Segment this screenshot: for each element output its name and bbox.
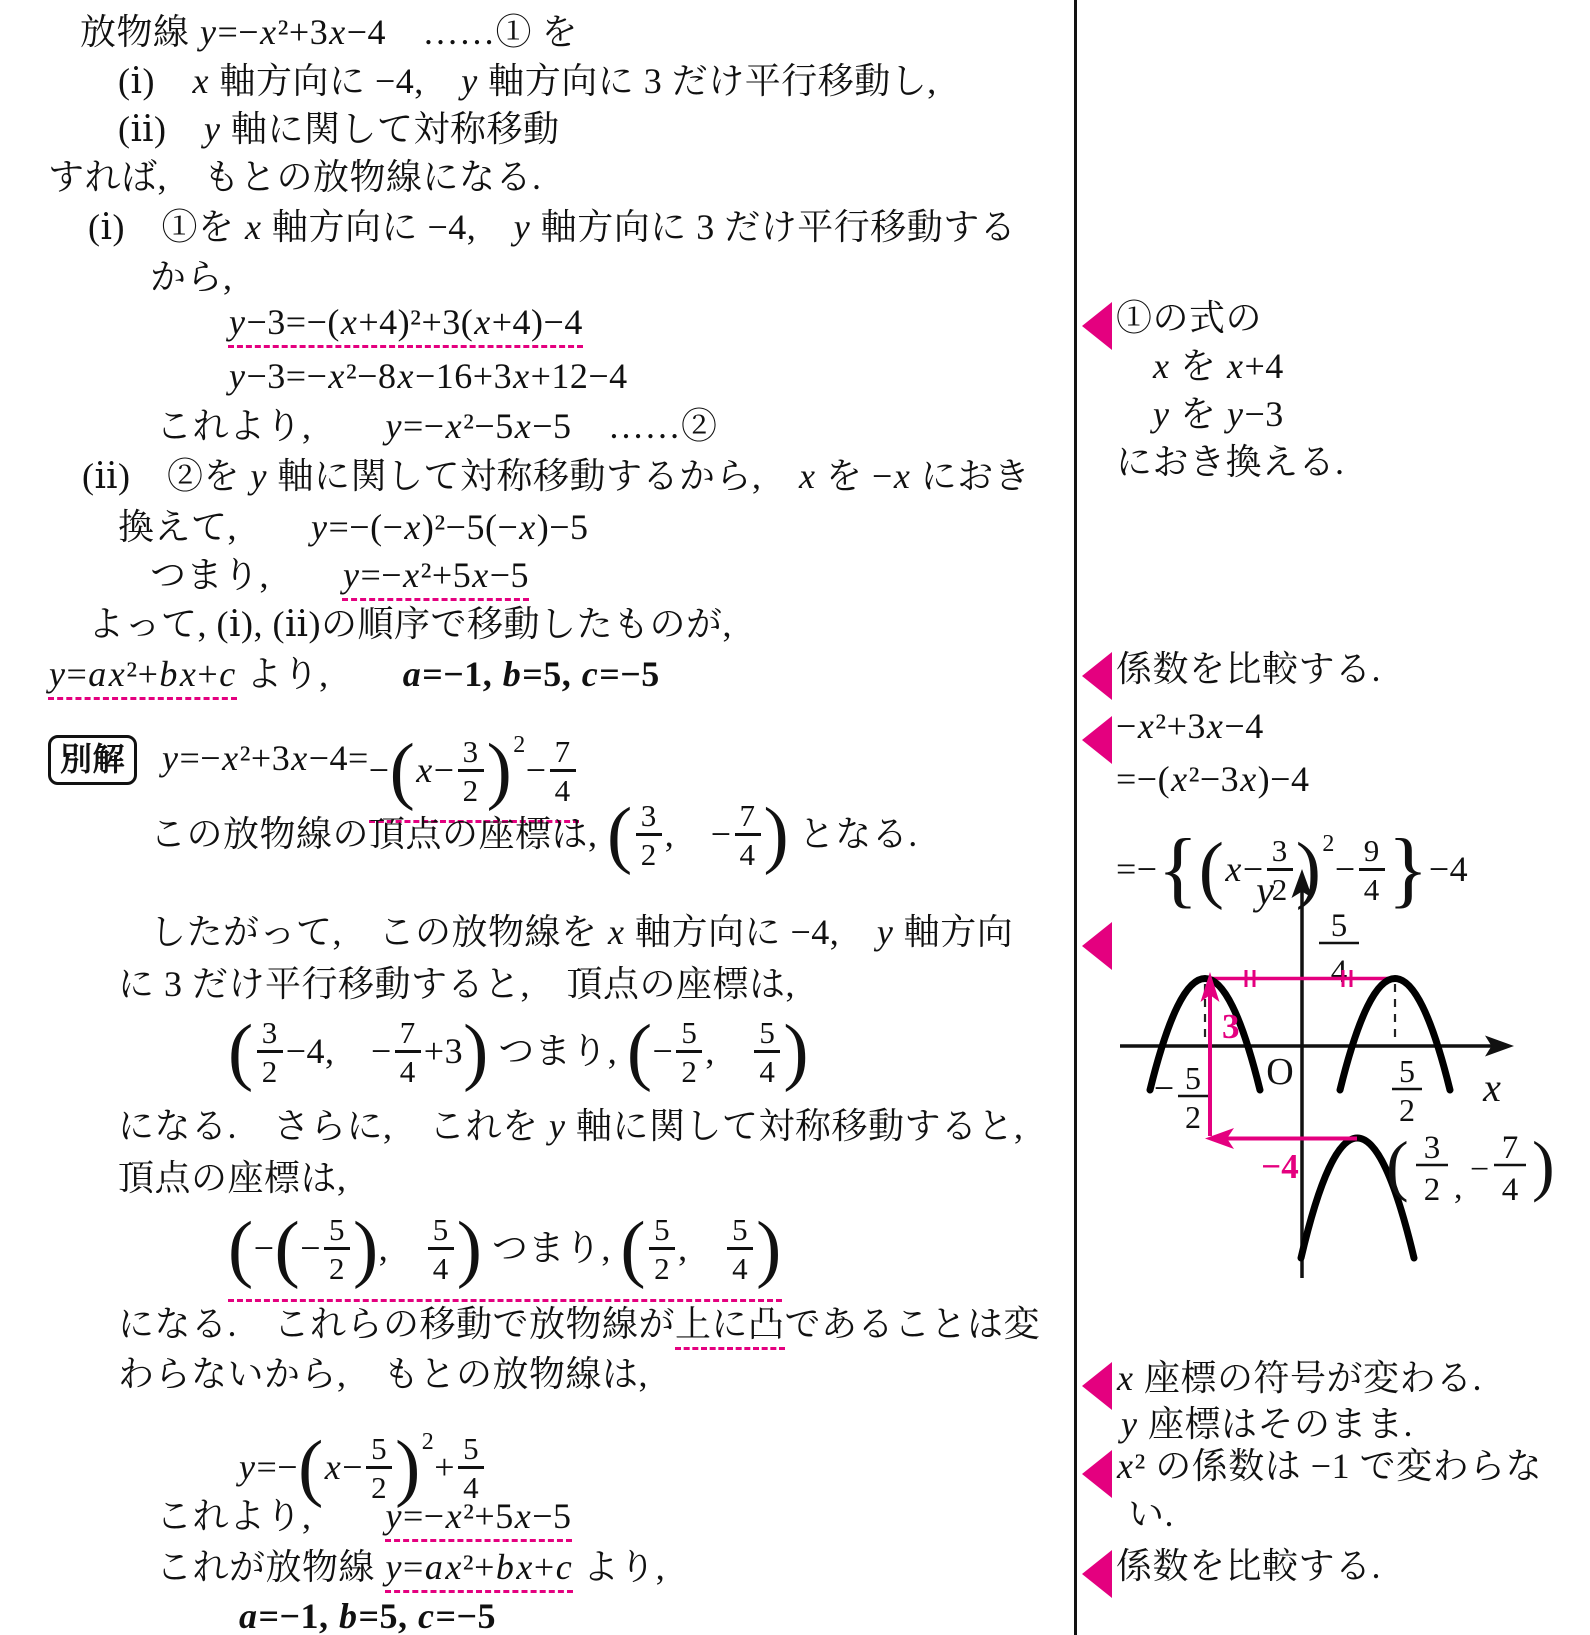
alternative-solution-badge: 別解 — [48, 735, 137, 785]
solution-line-8: y−3=−x²−8x−16+3x+12−4 — [228, 352, 628, 401]
note-line: 係数を比較する. — [1116, 1542, 1381, 1590]
parabola-diagram: y x O 5 4 3 — [1080, 858, 1580, 1298]
solution-line-10: (ⅱ) ②を y 軸に関して対称移動するから, x を −x におき — [82, 452, 1030, 501]
note-marker-icon — [1082, 716, 1112, 764]
solution-line-21: 頂点の座標は, — [118, 1154, 347, 1203]
shift-up-arrow — [1201, 972, 1220, 1136]
underlined-term: 上に凸 — [675, 1304, 785, 1350]
note-line: ①の式の — [1116, 294, 1262, 342]
answer-values: a=−1, b=5, c=−5 — [402, 654, 660, 694]
note-line: y を y−3 — [1152, 390, 1284, 438]
left-vertex-x-label: − 5 2 — [1154, 1060, 1208, 1135]
note-marker-icon — [1082, 1550, 1112, 1598]
note-line: y 座標はそのまま. — [1120, 1400, 1413, 1448]
text-run: y=−x²+3x−4= — [161, 738, 369, 778]
svg-text:,: , — [1454, 1169, 1463, 1206]
solution-line-5: (ⅰ) ①を x 軸方向に −4, y 軸方向に 3 だけ平行移動する — [88, 203, 1016, 252]
text-run: になる. これらの移動で放物線が — [118, 1304, 675, 1344]
underlined-equation: y=ax²+bx+c — [385, 1547, 574, 1593]
y-axis-label: y — [1252, 868, 1274, 913]
solution-line-1: 放物線 y=−x²+3x−4 ……① を — [80, 8, 578, 57]
x-axis-label: x — [1482, 1065, 1501, 1110]
solution-line-27: これが放物線 y=ax²+bx+c より, — [156, 1543, 665, 1592]
solution-line-18: に 3 だけ平行移動すると, 頂点の座標は, — [118, 960, 795, 1009]
solution-line-22: (−(−52), 54) つまり, (52, 54) — [228, 1202, 782, 1302]
solution-line-14: y=ax²+bx+c より, a=−1, b=5, c=−5 — [48, 650, 660, 699]
solution-line-24: わらないから, もとの放物線は, — [118, 1350, 648, 1399]
solution-line-19: (32−4, −74+3) つまり, (−52, 54) — [228, 1005, 809, 1097]
shift-left-label: −4 — [1261, 1147, 1298, 1186]
note-line: い. — [1128, 1490, 1174, 1538]
solution-line-6: から, — [150, 253, 233, 302]
bottom-vertex-label: ( 3 2 , − 7 4 ) — [1386, 1127, 1555, 1208]
note-marker-icon — [1082, 652, 1112, 700]
svg-text:(: ( — [1386, 1127, 1409, 1203]
text-run: であることは変 — [785, 1304, 1041, 1344]
svg-text:4: 4 — [1331, 954, 1348, 990]
note-line: 係数を比較する. — [1116, 645, 1381, 693]
note-line: x² の係数は −1 で変わらな — [1116, 1442, 1542, 1490]
right-vertex-x-label: 5 2 — [1392, 1053, 1422, 1128]
origin-label: O — [1266, 1051, 1293, 1093]
svg-text:2: 2 — [1185, 1099, 1201, 1135]
text-run: これより, — [156, 1496, 385, 1536]
note-line: x を x+4 — [1152, 342, 1284, 390]
note-line: におき換える. — [1116, 438, 1345, 486]
note-line: x 座標の符号が変わる. — [1116, 1354, 1482, 1402]
solution-line-23: になる. これらの移動で放物線が上に凸であることは変 — [118, 1300, 1040, 1349]
underlined-equation: y=−x²+5x−5 — [385, 1496, 572, 1542]
svg-text:2: 2 — [1399, 1092, 1415, 1128]
underlined-equation: y=ax²+bx+c — [48, 654, 237, 700]
svg-text:5: 5 — [1331, 908, 1348, 944]
text-run: つまり, — [150, 555, 342, 595]
solution-line-28: a=−1, b=5, c=−5 — [238, 1592, 496, 1635]
note-line: −x²+3x−4 — [1116, 702, 1264, 750]
underlined-equation: y−3=−(x+4)²+3(x+4)−4 — [228, 302, 583, 348]
note-marker-icon — [1082, 302, 1112, 350]
text-run: これが放物線 — [156, 1547, 385, 1587]
solution-line-2: (ⅰ) x 軸方向に −4, y 軸方向に 3 だけ平行移動し, — [118, 57, 937, 106]
underlined-equation: y=−x²+5x−5 — [342, 555, 529, 601]
underlined-equation: (−(−52), 54) つまり, (52, 54) — [228, 1202, 782, 1302]
solution-line-3: (ⅱ) y 軸に関して対称移動 — [118, 105, 560, 154]
solution-line-4: すれば, もとの放物線になる. — [48, 153, 542, 202]
equal-distance-line — [1205, 970, 1395, 987]
solution-line-16: この放物線の頂点の座標は, (32, −74) となる. — [150, 793, 918, 875]
svg-text:−: − — [1154, 1068, 1174, 1108]
solution-line-26: これより, y=−x²+5x−5 — [156, 1492, 572, 1541]
solution-line-11: 換えて, y=−(−x)²−5(−x)−5 — [118, 503, 589, 552]
solution-line-17: したがって, この放物線を x 軸方向に −4, y 軸方向 — [150, 908, 1013, 957]
svg-text:4: 4 — [1502, 1172, 1519, 1208]
shift-up-label: 3 — [1222, 1007, 1240, 1046]
text-run: より, — [573, 1547, 665, 1587]
text-run: より, — [237, 654, 402, 694]
svg-text:5: 5 — [1399, 1053, 1415, 1089]
note-marker-icon — [1082, 1362, 1112, 1410]
svg-text:−: − — [1470, 1151, 1489, 1188]
x-axis — [1120, 1036, 1514, 1057]
solution-line-7: y−3=−(x+4)²+3(x+4)−4 — [228, 298, 583, 347]
solution-line-9: これより, y=−x²−5x−5 ……② — [156, 402, 718, 451]
svg-text:2: 2 — [1424, 1172, 1441, 1208]
textbook-page: 放物線 y=−x²+3x−4 ……① を (ⅰ) x 軸方向に −4, y 軸方… — [0, 0, 1590, 1635]
note-line: =−(x²−3x)−4 — [1116, 755, 1309, 803]
solution-line-12: つまり, y=−x²+5x−5 — [150, 551, 529, 600]
shift-left-arrow — [1205, 1128, 1357, 1149]
svg-text:): ) — [1532, 1127, 1555, 1203]
svg-text:7: 7 — [1502, 1130, 1519, 1166]
solution-line-13: よって, (ⅰ), (ⅱ)の順序で移動したものが, — [88, 600, 732, 649]
column-divider — [1074, 0, 1077, 1635]
solution-line-20: になる. さらに, これを y 軸に関して対称移動すると, — [118, 1102, 1024, 1151]
svg-text:5: 5 — [1185, 1060, 1201, 1096]
svg-text:3: 3 — [1424, 1130, 1441, 1166]
note-marker-icon — [1082, 1450, 1112, 1498]
